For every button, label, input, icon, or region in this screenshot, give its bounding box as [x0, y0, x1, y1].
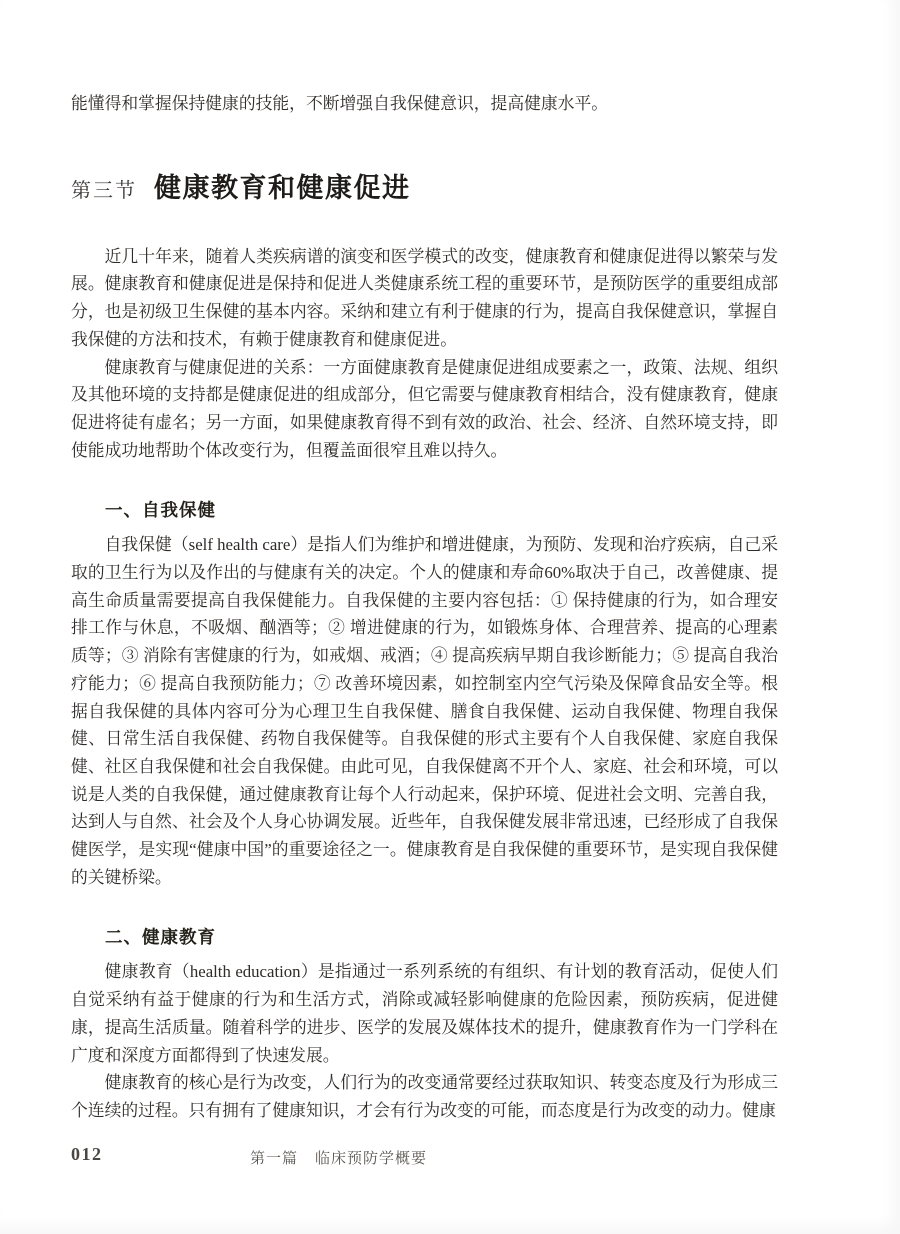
subsection-health-education: 二、健康教育 健康教育（health education）是指通过一系列系统的有… — [71, 925, 778, 1124]
section-title: 健康教育和健康促进 — [154, 173, 411, 203]
subsection-heading: 一、自我保健 — [71, 498, 778, 522]
body-paragraph: 健康教育的核心是行为改变，人们行为的改变通常要经过获取知识、转变态度及行为形成三… — [71, 1069, 778, 1124]
page-content: 能懂得和掌握保持健康的技能，不断增强自我保健意识，提高健康水平。 第三节健康教育… — [71, 90, 778, 1125]
intro-paragraph: 健康教育与健康促进的关系：一方面健康教育是健康促进组成要素之一，政策、法规、组织… — [71, 354, 778, 465]
footer-running-title: 第一篇临床预防学概要 — [250, 1147, 427, 1168]
subsection-self-health-care: 一、自我保健 自我保健（self health care）是指人们为维护和增进健… — [71, 498, 778, 891]
section-number: 第三节 — [71, 180, 137, 202]
lead-paragraph: 能懂得和掌握保持健康的技能，不断增强自我保健意识，提高健康水平。 — [71, 90, 778, 118]
body-paragraph: 健康教育（health education）是指通过一系列系统的有组织、有计划的… — [71, 958, 778, 1069]
footer-part-title: 临床预防学概要 — [315, 1151, 427, 1167]
book-page: 能懂得和掌握保持健康的技能，不断增强自我保健意识，提高健康水平。 第三节健康教育… — [0, 0, 900, 1234]
footer-page-number: 012 — [71, 1144, 103, 1165]
page-footer: 012 第一篇临床预防学概要 — [71, 1144, 778, 1172]
footer-part-label: 第一篇 — [250, 1151, 298, 1167]
subsection-heading: 二、健康教育 — [71, 925, 778, 949]
section-heading: 第三节健康教育和健康促进 — [71, 170, 778, 211]
intro-paragraph: 近几十年来，随着人类疾病谱的演变和医学模式的改变，健康教育和健康促进得以繁荣与发… — [71, 243, 778, 354]
body-paragraph: 自我保健（self health care）是指人们为维护和增进健康，为预防、发… — [71, 531, 778, 891]
